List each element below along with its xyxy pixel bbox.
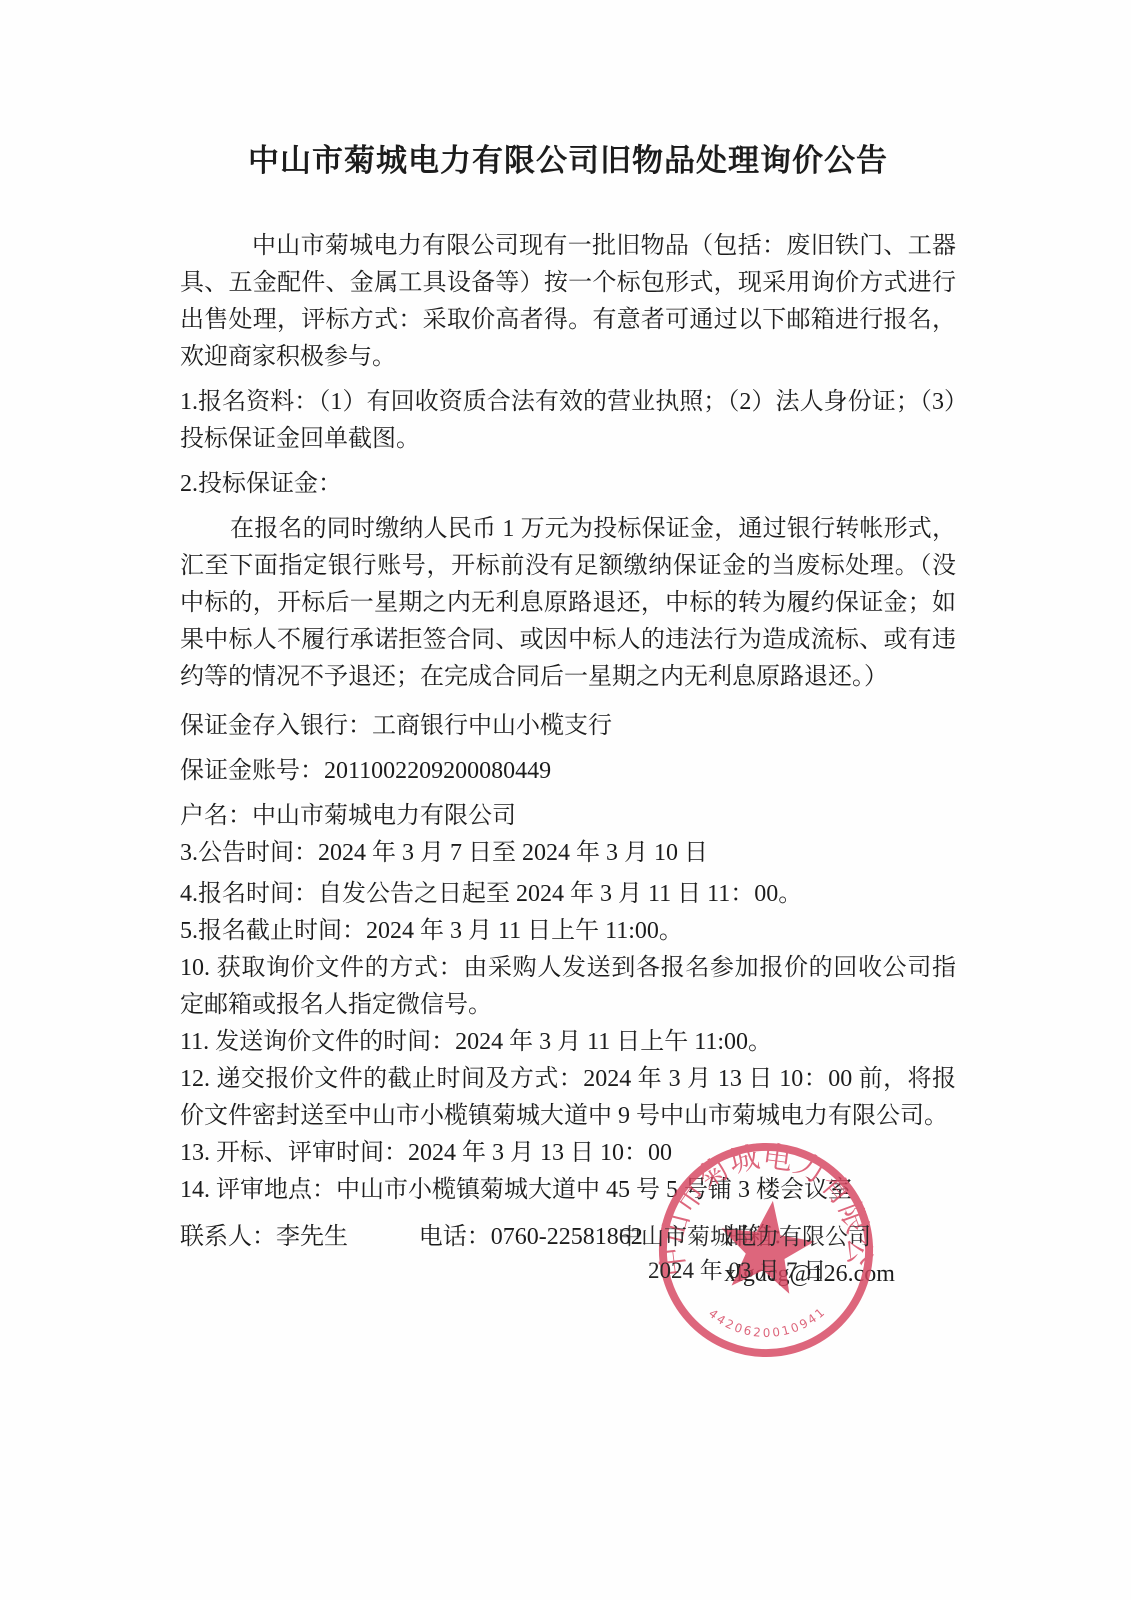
deposit-account-line: 保证金账号：2011002209200080449 (180, 753, 956, 790)
item-2-bid-deposit-heading: 2.投标保证金： (180, 466, 956, 503)
item-11-document-send-time: 11. 发送询价文件的时间：2024 年 3 月 11 日上午 11:00。 (180, 1024, 956, 1061)
document-page: 中山市菊城电力有限公司旧物品处理询价公告 中山市菊城电力有限公司现有一批旧物品（… (0, 0, 1131, 1600)
signature-company: 中山市菊城电力有限公司 (618, 1220, 871, 1254)
item-4-registration-time: 4.报名时间：自发公告之日起至 2024 年 3 月 11 日 11：00。 (180, 876, 956, 913)
account-holder-line: 户名：中山市菊城电力有限公司 (180, 798, 956, 835)
item-10-document-delivery-method: 10. 获取询价文件的方式：由采购人发送到各报名参加报价的回收公司指定邮箱或报名… (180, 950, 956, 1024)
signature-date: 2024 年 03 月 7 日 (618, 1254, 871, 1288)
deposit-paragraph: 在报名的同时缴纳人民币 1 万元为投标保证金，通过银行转帐形式，汇至下面指定银行… (180, 511, 956, 696)
deposit-bank-line: 保证金存入银行：工商银行中山小榄支行 (180, 708, 956, 745)
intro-paragraph: 中山市菊城电力有限公司现有一批旧物品（包括：废旧铁门、工器具、五金配件、金属工具… (180, 228, 956, 376)
item-1-registration-materials: 1.报名资料：（1）有回收资质合法有效的营业执照；（2）法人身份证；（3）投标保… (180, 384, 956, 458)
item-12-quotation-deadline: 12. 递交报价文件的截止时间及方式：2024 年 3 月 13 日 10：00… (180, 1061, 956, 1135)
seal-serial-number: 4420620010941 (706, 1304, 829, 1340)
contact-person: 联系人：李先生 (180, 1219, 419, 1256)
page-title: 中山市菊城电力有限公司旧物品处理询价公告 (180, 140, 956, 182)
document-body: 中山市菊城电力有限公司旧物品处理询价公告 中山市菊城电力有限公司现有一批旧物品（… (180, 140, 956, 1293)
item-3-announcement-period: 3.公告时间：2024 年 3 月 7 日至 2024 年 3 月 10 日 (180, 835, 956, 872)
item-5-registration-deadline: 5.报名截止时间：2024 年 3 月 11 日上午 11:00。 (180, 913, 956, 950)
signature-block: 中山市菊城电力有限公司 2024 年 03 月 7 日 (618, 1220, 871, 1288)
